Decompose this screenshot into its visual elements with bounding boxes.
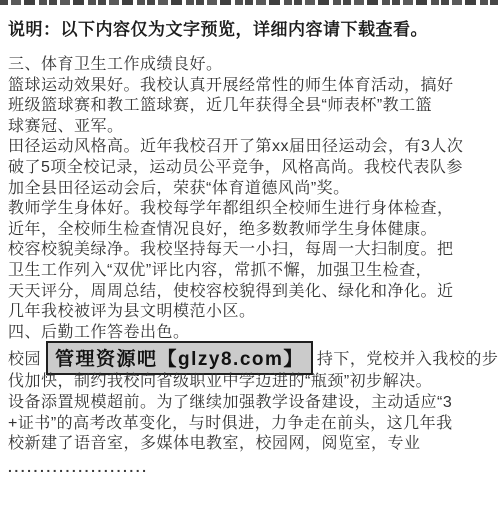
document-body: 三、体育卫生工作成绩良好。 篮球运动效果好。我校认真开展经常性的师生体育活动，搞… bbox=[8, 55, 500, 477]
text-line: 几年我校被评为县文明模范小区。 bbox=[8, 302, 500, 323]
document-preview-page: 说明：以下内容仅为文字预览，详细内容请下载查看。 三、体育卫生工作成绩良好。 篮… bbox=[0, 0, 500, 519]
text-line: 球赛冠、亚军。 bbox=[8, 117, 500, 138]
text-line: 近年，全校师生检查情况良好，绝多数教师学生身体健康。 bbox=[8, 220, 500, 241]
text-line: 田径运动风格高。近年我校召开了第xx届田径运动会，有3人次 bbox=[8, 137, 500, 158]
section-heading: 三、体育卫生工作成绩良好。 bbox=[8, 55, 500, 76]
text-line: 篮球运动效果好。我校认真开展经常性的师生体育活动，搞好 bbox=[8, 76, 500, 97]
preview-notice: 说明：以下内容仅为文字预览，详细内容请下载查看。 bbox=[8, 15, 496, 40]
text-line: 卫生工作列入“双优”评比内容，常抓不懈，加强卫生检查， bbox=[8, 261, 500, 282]
text-line: 破了5项全校记录，运动员公平竞争，风格高尚。我校代表队参 bbox=[8, 158, 500, 179]
text-line: 校新建了语音室，多媒体电教室，校园网，阅览室，专业 bbox=[8, 434, 500, 455]
text-line: 教师学生身体好。我校每学年都组织全校师生进行身体检查， bbox=[8, 199, 500, 220]
ellipsis-line: ...................... bbox=[8, 459, 500, 477]
text-line: 校容校貌美绿净。我校坚持每天一小扫，每周一大扫制度。把 bbox=[8, 240, 500, 261]
text-fragment-after-watermark: 持下，党校并入我校的步 bbox=[317, 346, 499, 369]
text-line: 班级篮球赛和教工篮球赛，近几年获得全县“师表杯”教工篮 bbox=[8, 96, 500, 117]
text-line: 加全县田径运动会后，荣获“体育道德风尚”奖。 bbox=[8, 179, 500, 200]
cropped-text-strip bbox=[0, 0, 500, 5]
text-line: 天天评分，周周总结，使校容校貌得到美化、绿化和净化。近 bbox=[8, 282, 500, 303]
text-line: 设备添置规模超前。为了继续加强教学设备建设，主动适应“3 bbox=[8, 393, 500, 414]
text-line: 伐加快，制约我校向省级职业中学迈进的“瓶颈”初步解决。 bbox=[8, 372, 500, 393]
text-fragment-before-watermark: 校园 bbox=[8, 346, 41, 369]
watermark-badge: 管理资源吧【glzy8.com】 bbox=[46, 341, 313, 375]
watermark-line: 校园 管理资源吧【glzy8.com】 持下，党校并入我校的步 bbox=[8, 343, 500, 372]
text-line: +证书”的高考改革变化，与时俱进，力争走在前头，这几年我 bbox=[8, 414, 500, 435]
